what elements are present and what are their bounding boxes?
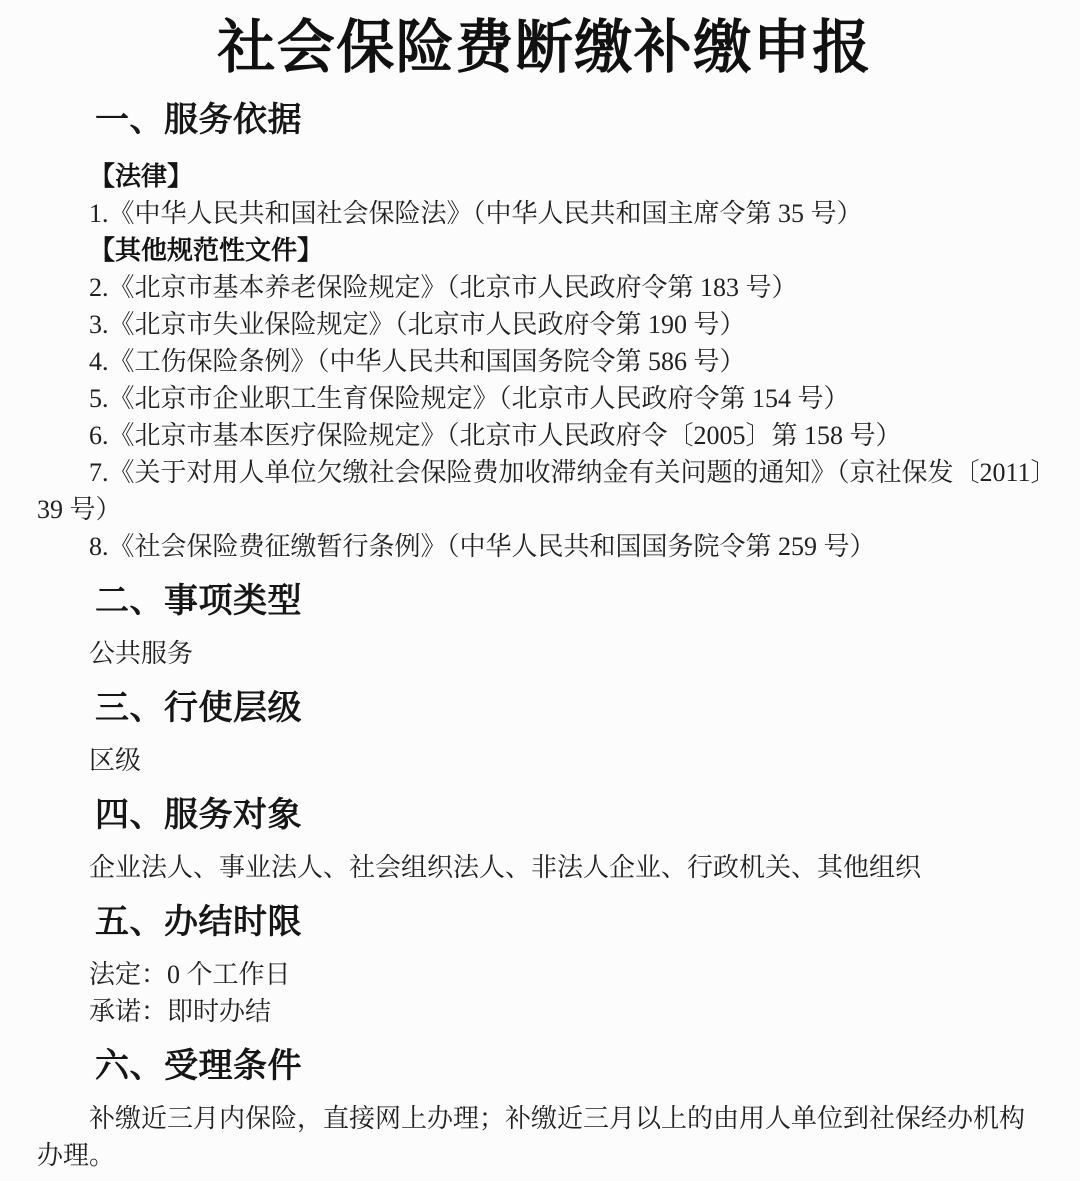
law-item: 8.《社会保险费征缴暂行条例》（中华人民共和国国务院令第 259 号）: [37, 528, 1057, 565]
law-category-label: 【法律】: [37, 158, 1057, 195]
law-item: 1.《中华人民共和国社会保险法》（中华人民共和国主席令第 35 号）: [37, 195, 1057, 232]
matter-type-value: 公共服务: [37, 635, 1052, 672]
promised-time-limit: 承诺：即时办结: [37, 993, 1052, 1030]
section-matter-type: 二、事项类型 公共服务: [37, 579, 1052, 672]
heading-acceptance-conditions: 六、受理条件: [95, 1044, 1052, 1088]
heading-exercise-level: 三、行使层级: [95, 686, 1052, 730]
law-item: 5.《北京市企业职工生育保险规定》（北京市人民政府令第 154 号）: [37, 380, 1057, 417]
section-service-target: 四、服务对象 企业法人、事业法人、社会组织法人、非法人企业、行政机关、其他组织: [37, 793, 1052, 886]
law-item: 3.《北京市失业保险规定》（北京市人民政府令第 190 号）: [37, 306, 1057, 343]
heading-service-target: 四、服务对象: [95, 793, 1052, 837]
service-target-value: 企业法人、事业法人、社会组织法人、非法人企业、行政机关、其他组织: [37, 849, 1052, 886]
heading-matter-type: 二、事项类型: [95, 579, 1052, 623]
law-item: 6.《北京市基本医疗保险规定》（北京市人民政府令〔2005〕第 158 号）: [37, 417, 1057, 454]
document-page: 社会保险费断缴补缴申报 一、服务依据 【法律】 1.《中华人民共和国社会保险法》…: [0, 0, 1080, 1181]
document-title: 社会保险费断缴补缴申报: [37, 12, 1052, 84]
section-service-basis: 一、服务依据 【法律】 1.《中华人民共和国社会保险法》（中华人民共和国主席令第…: [37, 98, 1052, 565]
acceptance-conditions-text: 补缴近三月内保险，直接网上办理；补缴近三月以上的由用人单位到社保经办机构办理。: [37, 1100, 1037, 1174]
section-exercise-level: 三、行使层级 区级: [37, 686, 1052, 779]
law-reference-list: 【法律】 1.《中华人民共和国社会保险法》（中华人民共和国主席令第 35 号） …: [37, 158, 1057, 565]
law-category-label: 【其他规范性文件】: [37, 232, 1057, 269]
law-item: 4.《工伤保险条例》（中华人民共和国国务院令第 586 号）: [37, 343, 1057, 380]
section-completion-time: 五、办结时限 法定：0 个工作日 承诺：即时办结: [37, 900, 1052, 1030]
law-item: 2.《北京市基本养老保险规定》（北京市人民政府令第 183 号）: [37, 269, 1057, 306]
heading-service-basis: 一、服务依据: [95, 98, 1052, 142]
heading-completion-time: 五、办结时限: [95, 900, 1052, 944]
law-item: 7.《关于对用人单位欠缴社会保险费加收滞纳金有关问题的通知》（京社保发〔2011…: [37, 454, 1057, 528]
section-acceptance-conditions: 六、受理条件 补缴近三月内保险，直接网上办理；补缴近三月以上的由用人单位到社保经…: [37, 1044, 1052, 1174]
exercise-level-value: 区级: [37, 742, 1052, 779]
statutory-time-limit: 法定：0 个工作日: [37, 956, 1052, 993]
